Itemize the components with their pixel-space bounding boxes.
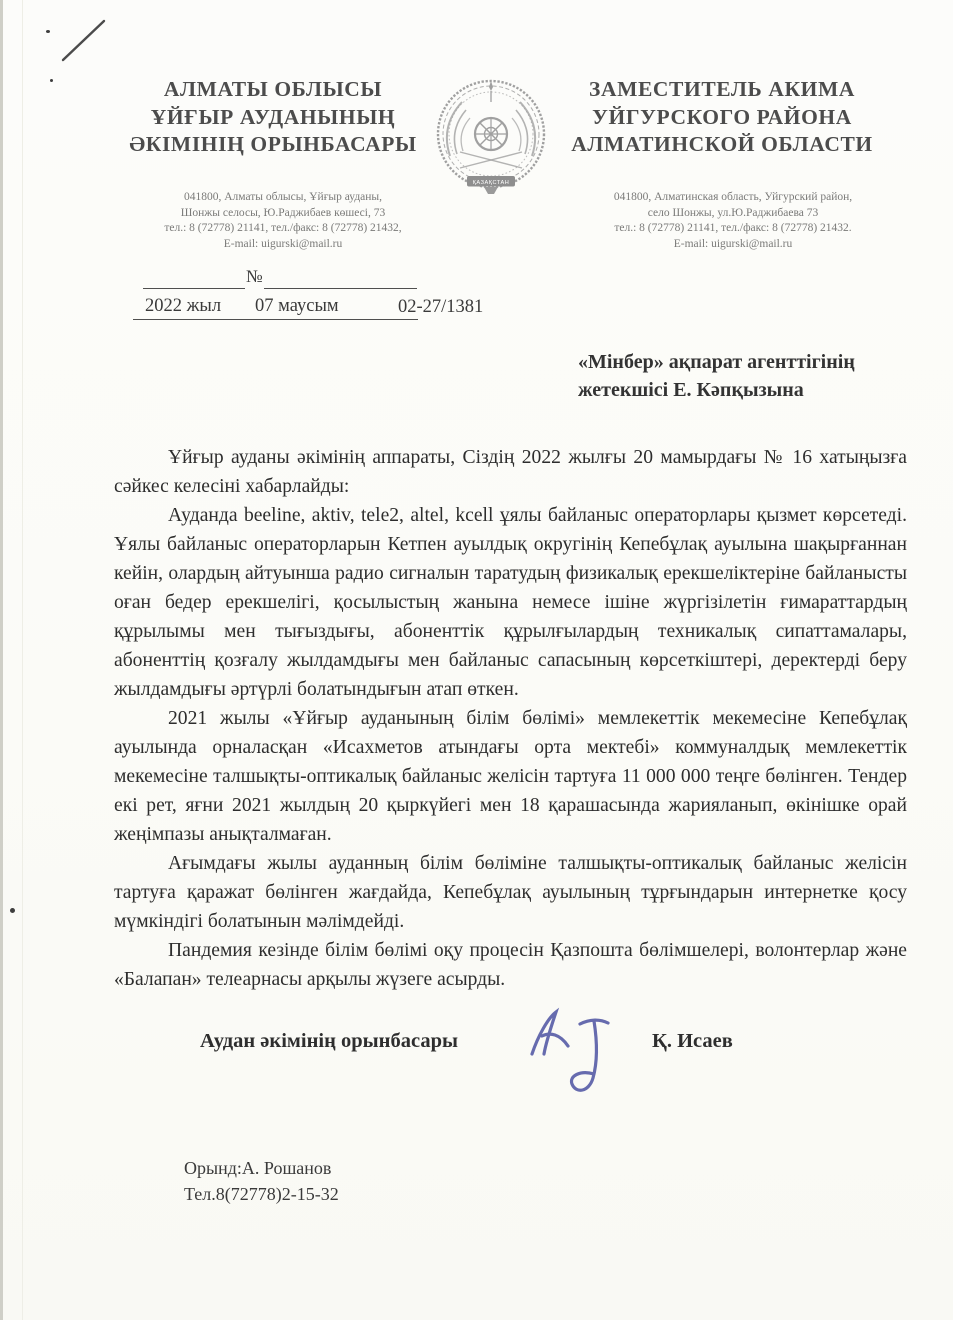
org-name-kk-line: АЛМАТЫ ОБЛЫСЫ xyxy=(112,76,434,104)
outgoing-number: 02-27/1381 xyxy=(398,297,483,318)
handwritten-signature-icon xyxy=(518,1002,638,1112)
address-line: E-mail: uigurski@mail.ru xyxy=(126,237,440,253)
ref-number-line xyxy=(264,268,417,289)
ink-speck xyxy=(10,908,15,913)
address-line: 041800, Алматы облысы, Ұйғыр ауданы, xyxy=(126,190,440,206)
org-name-russian: ЗАМЕСТИТЕЛЬ АКИМА УЙГУРСКОГО РАЙОНА АЛМА… xyxy=(546,76,898,159)
address-block-kazakh: 041800, Алматы облысы, Ұйғыр ауданы, Шон… xyxy=(126,190,440,252)
letter-date-day: 07 маусым xyxy=(255,296,339,317)
org-name-kazakh: АЛМАТЫ ОБЛЫСЫ ҰЙҒЫР АУДАНЫНЫҢ ӘКІМІНІҢ О… xyxy=(112,76,434,159)
pen-stroke-mark xyxy=(38,8,118,78)
ink-speck xyxy=(50,79,53,82)
scan-fold-line xyxy=(22,0,23,1320)
body-paragraph: Ұйғыр ауданы әкімінің аппараты, Сіздің 2… xyxy=(114,443,907,501)
address-line: E-mail: uigurski@mail.ru xyxy=(566,237,900,253)
executor-phone-line: Тел.8(72778)2-15-32 xyxy=(184,1181,339,1207)
scan-edge-strip xyxy=(0,0,3,1320)
ink-speck xyxy=(46,30,50,33)
address-line: село Шонжы, ул.Ю.Раджибаева 73 xyxy=(566,206,900,222)
signature-row: Аудан әкімінің орынбасары Қ. Исаев xyxy=(0,1026,953,1086)
addressee-line: жетекшісі Е. Кәпқызына xyxy=(578,377,908,405)
kazakhstan-coat-of-arms-icon: ҚАЗАҚСТАН xyxy=(432,78,550,200)
emblem-banner-text: ҚАЗАҚСТАН xyxy=(473,180,510,186)
ref-number-sign: № xyxy=(246,266,263,287)
org-name-ru-line: АЛМАТИНСКОЙ ОБЛАСТИ xyxy=(546,131,898,159)
executor-line: Орынд:А. Рошанов xyxy=(184,1155,339,1181)
executor-block: Орынд:А. Рошанов Тел.8(72778)2-15-32 xyxy=(184,1155,339,1207)
org-name-ru-line: ЗАМЕСТИТЕЛЬ АКИМА xyxy=(546,76,898,104)
ref-blank-line xyxy=(143,268,245,289)
body-paragraph: Ауданда beeline, aktiv, tele2, altel, kc… xyxy=(114,501,907,704)
letter-body: Ұйғыр ауданы әкімінің аппараты, Сіздің 2… xyxy=(114,443,907,994)
signatory-name: Қ. Исаев xyxy=(652,1030,733,1053)
address-line: 041800, Алматинская область, Уйгурский р… xyxy=(566,190,900,206)
signature-title: Аудан әкімінің орынбасары xyxy=(200,1030,458,1053)
addressee-line: «Мінбер» ақпарат агенттігінің xyxy=(578,349,908,377)
address-line: Шонжы селосы, Ю.Раджибаев көшесі, 73 xyxy=(126,206,440,222)
org-name-ru-line: УЙГУРСКОГО РАЙОНА xyxy=(546,104,898,132)
letter-date-year: 2022 жыл xyxy=(145,296,221,317)
body-paragraph: 2021 жылы «Ұйғыр ауданының білім бөлімі»… xyxy=(114,704,907,849)
body-paragraph: Пандемия кезінде білім бөлімі оқу процес… xyxy=(114,936,907,994)
letter-page: АЛМАТЫ ОБЛЫСЫ ҰЙҒЫР АУДАНЫНЫҢ ӘКІМІНІҢ О… xyxy=(0,0,953,1320)
body-paragraph: Ағымдағы жылы ауданның білім бөліміне та… xyxy=(114,849,907,936)
org-name-kk-line: ӘКІМІНІҢ ОРЫНБАСАРЫ xyxy=(112,131,434,159)
address-line: тел.: 8 (72778) 21141, тел./факс: 8 (727… xyxy=(126,221,440,237)
org-name-kk-line: ҰЙҒЫР АУДАНЫНЫҢ xyxy=(112,104,434,132)
addressee-block: «Мінбер» ақпарат агенттігінің жетекшісі … xyxy=(578,349,908,404)
address-line: тел.: 8 (72778) 21141, тел./факс: 8 (727… xyxy=(566,221,900,237)
date-row: 2022 жыл 07 маусым xyxy=(133,294,418,320)
address-block-russian: 041800, Алматинская область, Уйгурский р… xyxy=(566,190,900,252)
